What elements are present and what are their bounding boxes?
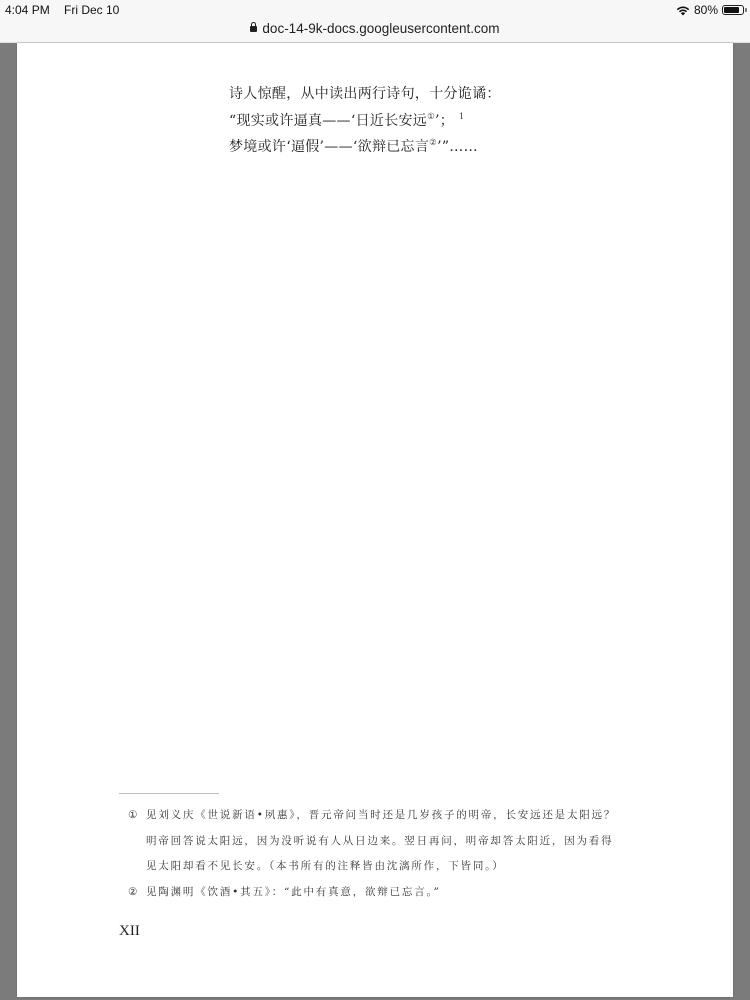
page-number: XII [119, 923, 140, 940]
status-date: Fri Dec 10 [64, 3, 119, 17]
battery-tip [745, 8, 747, 12]
footnote-line: 明帝回答说太阳远，因为没听说有人从日边来。翌日再问，明帝却答太阳近，因为看得 [146, 829, 616, 855]
poem-line: 诗人惊醒，从中读出两行诗句，十分诡谲： [229, 83, 501, 106]
footnote-divider [119, 793, 219, 794]
footnote-ref-1[interactable]: ① [427, 112, 435, 122]
footnote-2: ② 见陶渊明《饮酒•其五》：“此中有真意，欲辩已忘言。” [128, 880, 616, 906]
url-text: doc-14-9k-docs.googleusercontent.com [262, 21, 499, 36]
footnotes: ① 见刘义庆《世说新语•夙惠》，晋元帝问当时还是几岁孩子的明帝，长安远还是太阳远… [128, 803, 616, 905]
stray-superscript: 1 [459, 112, 465, 122]
battery-icon [722, 5, 744, 15]
footnote-marker: ② [128, 880, 137, 906]
poem-line-tail: ’； [435, 113, 454, 129]
footnote-line: 见陶渊明《饮酒•其五》：“此中有真意，欲辩已忘言。” [146, 880, 616, 906]
footnote-marker: ① [128, 803, 137, 829]
footnote-line: 见刘义庆《世说新语•夙惠》，晋元帝问当时还是几岁孩子的明帝，长安远还是太阳远？ [146, 803, 616, 829]
status-indicators: 80% [676, 3, 744, 17]
battery-level [724, 7, 739, 13]
footnote-line: 见太阳却看不见长安。（本书所有的注释皆由沈漓所作，下皆同。） [146, 854, 616, 880]
footnote-ref-2[interactable]: ② [429, 138, 437, 148]
status-time: 4:04 PM [5, 3, 50, 17]
lock-icon [250, 26, 257, 32]
poem-line-text: “现实或许逼真——‘日近长安远 [229, 113, 427, 129]
wifi-icon [676, 5, 690, 16]
poem-line-text: 诗人惊醒，从中读出两行诗句，十分诡谲： [229, 86, 501, 102]
poem-line-tail: ’”…… [437, 139, 478, 155]
poem-block: 诗人惊醒，从中读出两行诗句，十分诡谲： “现实或许逼真——‘日近长安远①’； 1… [229, 83, 501, 159]
footnote-1: ① 见刘义庆《世说新语•夙惠》，晋元帝问当时还是几岁孩子的明帝，长安远还是太阳远… [128, 803, 616, 880]
document-page: 诗人惊醒，从中读出两行诗句，十分诡谲： “现实或许逼真——‘日近长安远①’； 1… [17, 43, 733, 997]
poem-line: “现实或许逼真——‘日近长安远①’； 1 [229, 106, 501, 133]
status-bar: 4:04 PM Fri Dec 10 80% [0, 0, 750, 20]
battery-percent: 80% [694, 3, 718, 17]
poem-line-text: 梦境或许‘逼假’——‘欲辩已忘言 [229, 139, 429, 155]
address-bar[interactable]: doc-14-9k-docs.googleusercontent.com [0, 20, 750, 43]
poem-line: 梦境或许‘逼假’——‘欲辩已忘言②’”…… [229, 132, 501, 159]
